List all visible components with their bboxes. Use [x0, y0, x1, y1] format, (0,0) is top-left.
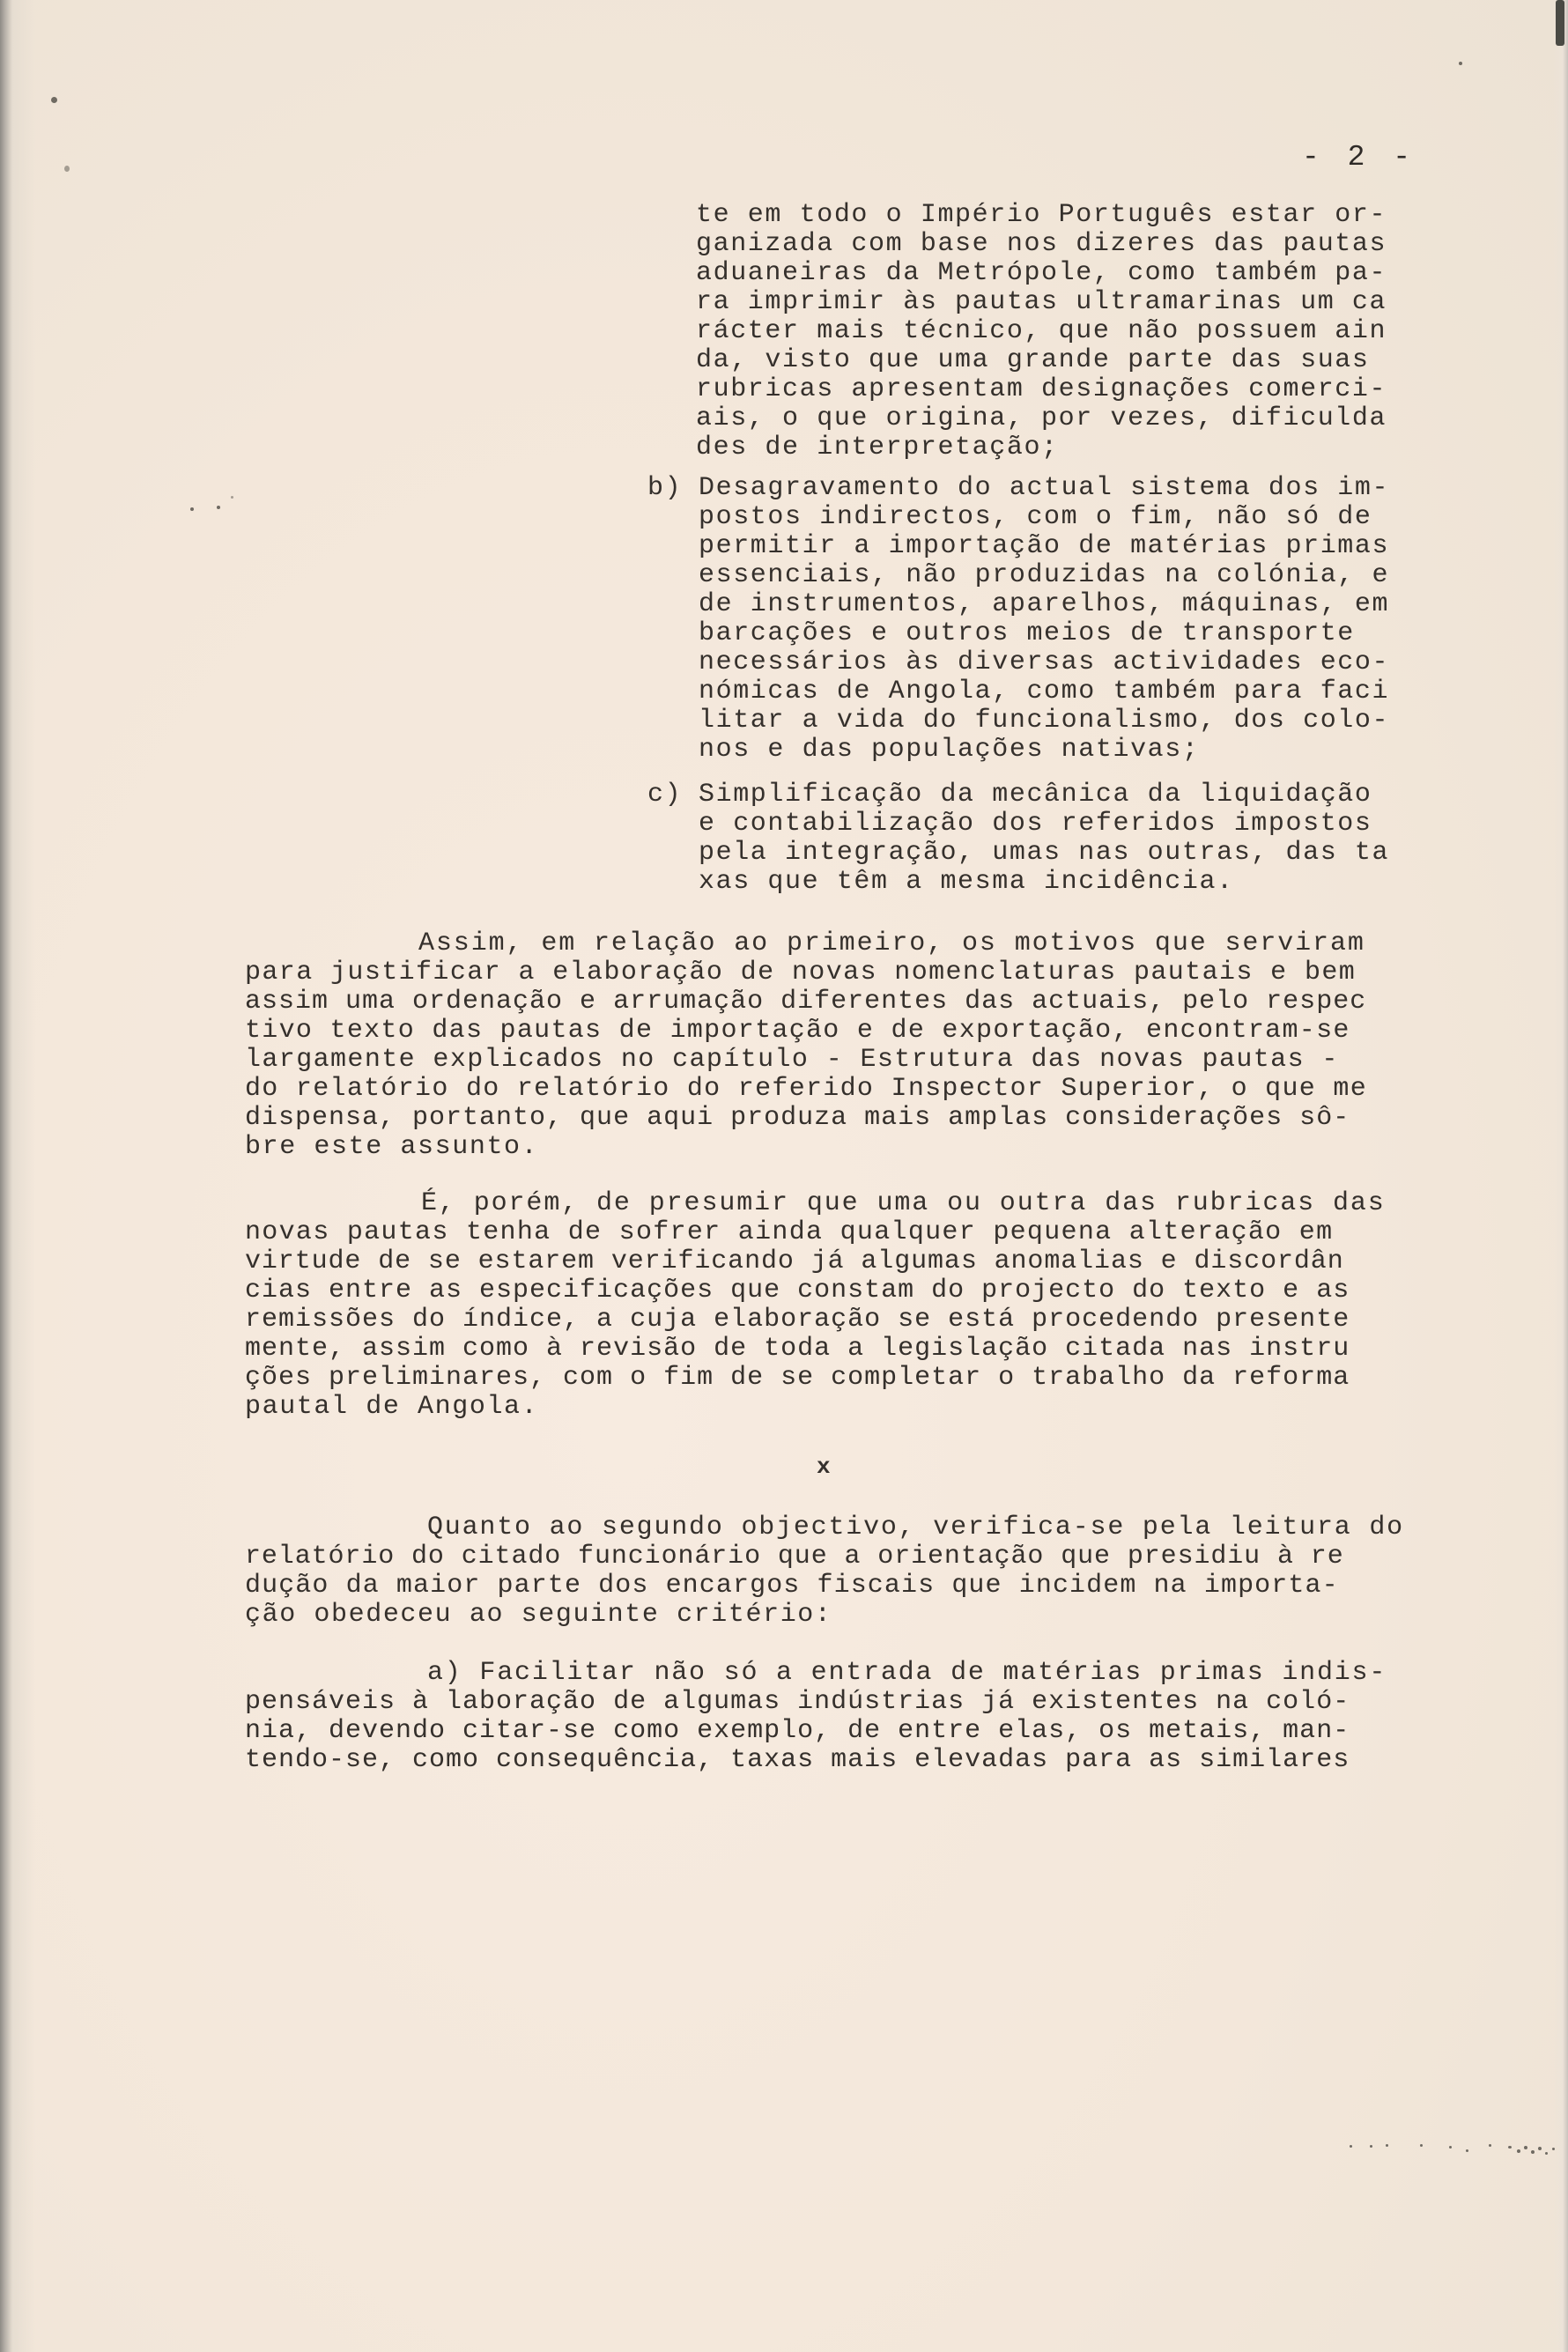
- text-line: virtude de se estarem verificando já alg…: [245, 1247, 1350, 1276]
- paragraph-first-line: Quanto ao segundo objectivo, verifica-se…: [427, 1513, 1404, 1542]
- text-line: essenciais, não produzidas na colónia, e: [699, 561, 1389, 590]
- speck: [1531, 2150, 1535, 2154]
- text-line: tivo texto das pautas de importação e de…: [245, 1017, 1367, 1046]
- text-line: aduaneiras da Metrópole, como também pa-: [696, 259, 1387, 288]
- text-line: pensáveis à laboração de algumas indústr…: [245, 1688, 1350, 1717]
- text-line: ais, o que origina, por vezes, dificulda: [696, 404, 1387, 433]
- text-line: Simplificação da mecânica da liquidação: [699, 780, 1389, 810]
- speck: [217, 506, 220, 509]
- corner-stain: [1556, 0, 1564, 46]
- text-line: tendo-se, como consequência, taxas mais …: [245, 1746, 1350, 1775]
- text-line: de instrumentos, aparelhos, máquinas, em: [699, 590, 1389, 619]
- speck: [1386, 2144, 1388, 2147]
- text-line: assim uma ordenação e arrumação diferent…: [245, 987, 1367, 1017]
- list-item-c: Simplificação da mecânica da liquidação …: [699, 780, 1389, 897]
- text-line: remissões do índice, a cuja elaboração s…: [245, 1305, 1350, 1335]
- speck: [190, 507, 194, 511]
- text-line: cias entre as especificações que constam…: [245, 1276, 1350, 1305]
- text-line: dução da maior parte dos encargos fiscai…: [245, 1572, 1344, 1601]
- text-line: ções preliminares, com o fim de se compl…: [245, 1364, 1350, 1393]
- paragraph-assim: para justificar a elaboração de novas no…: [245, 958, 1367, 1162]
- text-line: largamente explicados no capítulo - Estr…: [245, 1046, 1367, 1075]
- section-separator: x: [817, 1453, 831, 1480]
- speck: [1517, 2149, 1520, 2153]
- text-line: barcações e outros meios de transporte: [699, 619, 1389, 648]
- text-line: nos e das populações nativas;: [699, 736, 1389, 765]
- speck: [64, 166, 70, 172]
- page-number: - 2 -: [1302, 141, 1416, 174]
- speck: [231, 496, 233, 499]
- text-line: nia, devendo citar-se como exemplo, de e…: [245, 1717, 1350, 1746]
- text-line: necessários às diversas actividades eco-: [699, 648, 1389, 677]
- speck: [1350, 2145, 1352, 2148]
- speck: [1420, 2144, 1423, 2147]
- list-item-continuation: te em todo o Império Português estar or-…: [696, 201, 1387, 462]
- text-line: postos indirectos, com o fim, não só de: [699, 503, 1389, 532]
- text-line: do relatório do relatório do referido In…: [245, 1075, 1367, 1104]
- text-line: ganizada com base nos dizeres das pautas: [696, 230, 1387, 259]
- speck: [1552, 2148, 1555, 2150]
- list-item-label: c): [647, 780, 682, 810]
- text-line: permitir a importação de matérias primas: [699, 532, 1389, 561]
- text-line: pautal de Angola.: [245, 1393, 1350, 1422]
- text-line: ra imprimir às pautas ultramarinas um ca: [696, 288, 1387, 317]
- text-line: pela integração, umas nas outras, das ta: [699, 839, 1389, 868]
- speck: [1545, 2152, 1548, 2155]
- text-line: bre este assunto.: [245, 1133, 1367, 1162]
- speck: [1466, 2149, 1468, 2152]
- speck: [1370, 2145, 1372, 2148]
- speck: [1449, 2146, 1452, 2149]
- speck: [1508, 2146, 1512, 2149]
- paragraph-first-line: É, porém, de presumir que uma ou outra d…: [421, 1189, 1386, 1218]
- paragraph-first-line: a) Facilitar não só a entrada de matéria…: [427, 1659, 1387, 1688]
- paragraph-porem: novas pautas tenha de sofrer ainda qualq…: [245, 1218, 1350, 1422]
- speck: [1489, 2144, 1491, 2147]
- text-line: para justificar a elaboração de novas no…: [245, 958, 1367, 987]
- text-line: novas pautas tenha de sofrer ainda qualq…: [245, 1218, 1350, 1247]
- text-line: te em todo o Império Português estar or-: [696, 201, 1387, 230]
- text-line: nómicas de Angola, como também para faci: [699, 677, 1389, 706]
- text-line: e contabilização dos referidos impostos: [699, 810, 1389, 839]
- paragraph-segundo-objectivo: relatório do citado funcionário que a or…: [245, 1542, 1344, 1630]
- paragraph-first-line: Assim, em relação ao primeiro, os motivo…: [418, 929, 1365, 958]
- text-line: relatório do citado funcionário que a or…: [245, 1542, 1344, 1572]
- text-line: dispensa, portanto, que aqui produza mai…: [245, 1104, 1367, 1133]
- text-line: Desagravamento do actual sistema dos im-: [699, 474, 1389, 503]
- speck: [1459, 62, 1462, 65]
- text-line: rácter mais técnico, que não possuem ain: [696, 317, 1387, 346]
- paragraph-item-a: pensáveis à laboração de algumas indústr…: [245, 1688, 1350, 1775]
- text-line: des de interpretação;: [696, 433, 1387, 462]
- text-line: litar a vida do funcionalismo, dos colo-: [699, 706, 1389, 736]
- text-line: ção obedeceu ao seguinte critério:: [245, 1601, 1344, 1630]
- text-line: mente, assim como à revisão de toda a le…: [245, 1335, 1350, 1364]
- text-line: xas que têm a mesma incidência.: [699, 868, 1389, 897]
- text-line: rubricas apresentam designações comerci-: [696, 375, 1387, 404]
- list-item-label: b): [647, 474, 682, 503]
- list-item-b: Desagravamento do actual sistema dos im-…: [699, 474, 1389, 765]
- speck: [51, 97, 57, 103]
- text-line: da, visto que uma grande parte das suas: [696, 346, 1387, 375]
- speck: [1524, 2146, 1527, 2149]
- speck: [1538, 2147, 1542, 2150]
